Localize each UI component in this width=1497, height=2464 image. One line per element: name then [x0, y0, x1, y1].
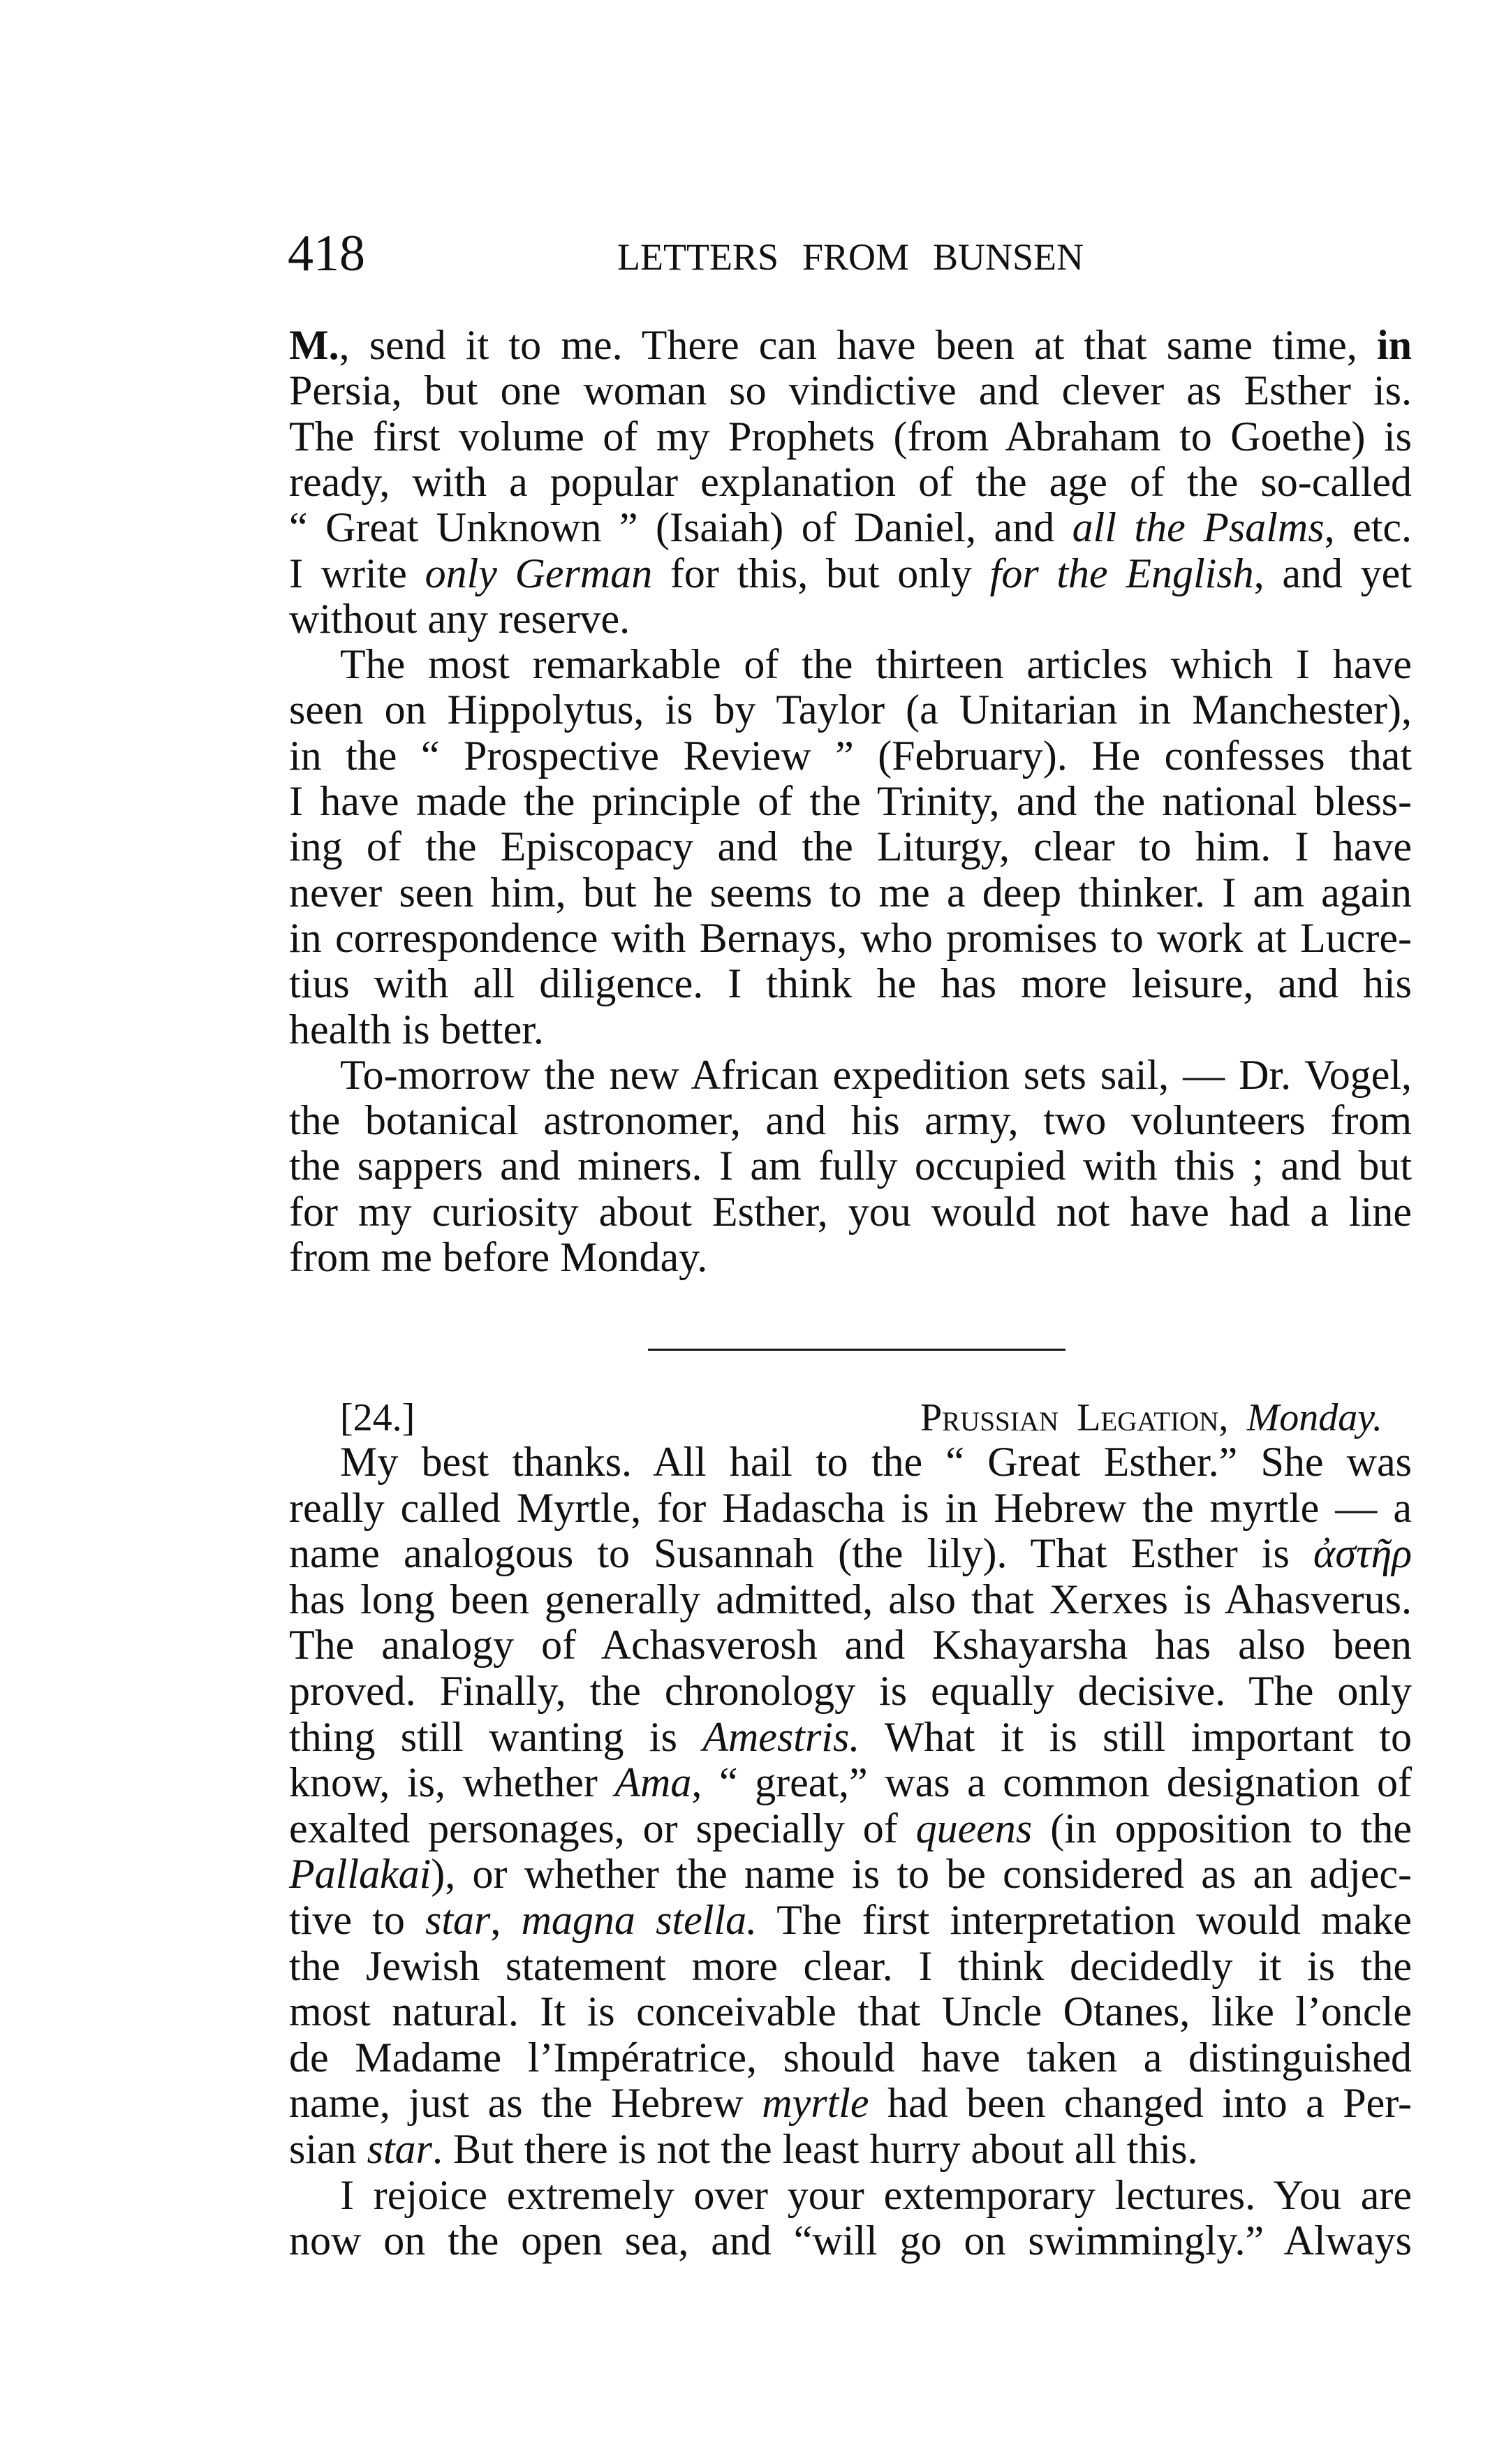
text-line: The analogy of Achasverosh and Kshayarsh…: [289, 1622, 1412, 1668]
text-line: health is better.: [289, 1006, 1412, 1053]
text-segment: . But there is not the least hurry about…: [432, 2126, 1197, 2172]
text-segment: now on the open sea, and “will go on swi…: [289, 2217, 1412, 2264]
text-segment: tive to: [289, 1897, 425, 1943]
italic-text: Amestris.: [702, 1714, 860, 1760]
text-segment: never seen him, but he seems to me a dee…: [289, 870, 1412, 916]
text-line: To-morrow the new African expedition set…: [340, 1052, 1412, 1098]
text-segment: from me before Monday.: [289, 1234, 707, 1280]
italic-text: queens: [916, 1805, 1033, 1851]
text-segment: , and yet: [1254, 550, 1412, 596]
text-line: de Madame l’Impératrice, should have tak…: [289, 2034, 1412, 2081]
text-segment: The analogy of Achasverosh and Kshayarsh…: [289, 1622, 1412, 1668]
italic-text: Pallakai: [289, 1851, 431, 1897]
text-line: “ Great Unknown ” (Isaiah) of Daniel, an…: [289, 504, 1412, 550]
book-page: 418 LETTERS FROM BUNSEN M., send it to m…: [0, 0, 1497, 2464]
italic-text: only German: [425, 550, 653, 596]
text-segment: exalted personages, or specially of: [289, 1805, 916, 1851]
text-segment: thing still wanting is: [289, 1714, 702, 1760]
text-segment: for my curiosity about Esther, you would…: [289, 1189, 1412, 1235]
italic-text: Ama: [614, 1759, 691, 1805]
text-segment: most natural. It is conceivable that Unc…: [289, 1988, 1412, 2034]
text-line: I have made the principle of the Trinity…: [289, 778, 1412, 824]
text-line: exalted personages, or specially of quee…: [289, 1805, 1412, 1851]
text-line: has long been generally admitted, also t…: [289, 1576, 1412, 1622]
text-segment: has long been generally admitted, also t…: [289, 1576, 1412, 1622]
text-segment: proved. Finally, the chronology is equal…: [289, 1668, 1412, 1714]
text-line: the Jewish statement more clear. I think…: [289, 1943, 1412, 1989]
text-segment: My best thanks. All hail to the “ Great …: [340, 1439, 1412, 1485]
text-segment: de Madame l’Impératrice, should have tak…: [289, 2034, 1412, 2081]
text-line: thing still wanting is Amestris. What it…: [289, 1714, 1412, 1760]
text-segment: The first volume of my Prophets (from Ab…: [289, 413, 1412, 460]
text-segment: seen on Hippolytus, is by Taylor (a Unit…: [289, 687, 1412, 733]
running-title: LETTERS FROM BUNSEN: [617, 237, 1084, 277]
text-segment: “ Great Unknown ” (Isaiah) of Daniel, an…: [289, 504, 1072, 550]
text-segment: I have made the principle of the Trinity…: [289, 778, 1412, 824]
text-line: know, is, whether Ama, “ great,” was a c…: [289, 1759, 1412, 1805]
italic-text: for the English: [990, 550, 1254, 596]
text-line: The most remarkable of the thirteen arti…: [340, 641, 1412, 687]
text-line: in correspondence with Bernays, who prom…: [289, 915, 1412, 961]
text-line: the sappers and miners. I am fully occup…: [289, 1143, 1412, 1189]
text-segment: sian: [289, 2126, 367, 2172]
text-line: ing of the Episcopacy and the Liturgy, c…: [289, 823, 1412, 870]
text-line: never seen him, but he seems to me a dee…: [289, 870, 1412, 916]
text-segment: The first interpretation would make: [757, 1897, 1412, 1943]
letter-day: Monday.: [1247, 1396, 1382, 1439]
text-segment: really called Myrtle, for Hadascha is in…: [289, 1485, 1412, 1531]
text-line: name analogous to Susannah (the lily). T…: [289, 1530, 1412, 1576]
text-segment: (in opposition to the: [1032, 1805, 1412, 1851]
text-segment: What it is still important to: [860, 1714, 1412, 1760]
italic-text: all the Psalms: [1072, 504, 1325, 550]
text-segment: the Jewish statement more clear. I think…: [289, 1943, 1412, 1989]
italic-text: magna stella.: [522, 1897, 758, 1943]
text-line: most natural. It is conceivable that Unc…: [289, 1988, 1412, 2034]
text-segment: , “ great,” was a common designation of: [691, 1759, 1412, 1805]
text-segment: I rejoice extremely over your extemporar…: [340, 2172, 1412, 2218]
text-line: now on the open sea, and “will go on swi…: [289, 2217, 1412, 2264]
text-line: in the “ Prospective Review ” (February)…: [289, 733, 1412, 779]
text-segment: had been changed into a Per-: [869, 2080, 1412, 2126]
text-line: seen on Hippolytus, is by Taylor (a Unit…: [289, 687, 1412, 733]
letter-dateline: Prussian Legation, Monday.: [920, 1397, 1382, 1439]
text-line: without any reserve.: [289, 596, 1412, 642]
text-line: I write only German for this, but only f…: [289, 550, 1412, 596]
text-segment: for this, but only: [652, 550, 989, 596]
text-line: name, just as the Hebrew myrtle had been…: [289, 2080, 1412, 2126]
page-number: 418: [288, 226, 365, 281]
text-line: Pallakai), or whether the name is to be …: [289, 1851, 1412, 1897]
text-line: Persia, but one woman so vindictive and …: [289, 367, 1412, 413]
text-segment: the botanical astronomer, and his army, …: [289, 1097, 1412, 1143]
text-segment: Persia, but one woman so vindictive and …: [289, 367, 1412, 413]
text-segment: in correspondence with Bernays, who prom…: [289, 915, 1412, 961]
text-segment: To-morrow the new African expedition set…: [340, 1052, 1412, 1098]
text-line: I rejoice extremely over your extemporar…: [340, 2172, 1412, 2218]
text-segment: in the “ Prospective Review ” (February)…: [289, 733, 1412, 779]
text-segment: ), or whether the name is to be consider…: [431, 1851, 1412, 1897]
italic-text: star: [425, 1897, 490, 1943]
italic-text: ἀστῆρ: [1313, 1530, 1412, 1576]
text-line: for my curiosity about Esther, you would…: [289, 1189, 1412, 1235]
text-segment: without any reserve.: [289, 596, 630, 642]
text-segment: The most remarkable of the thirteen arti…: [340, 641, 1412, 687]
italic-text: star: [367, 2126, 432, 2172]
text-segment: I write: [289, 550, 425, 596]
text-line: proved. Finally, the chronology is equal…: [289, 1668, 1412, 1714]
text-line: from me before Monday.: [289, 1234, 1412, 1280]
text-segment: health is better.: [289, 1006, 544, 1053]
letter-place: Prussian Legation,: [920, 1396, 1228, 1439]
text-segment: , etc.: [1325, 504, 1412, 550]
bold-text: M.: [289, 322, 339, 368]
text-segment: know, is, whether: [289, 1759, 614, 1805]
text-segment: ready, with a popular explanation of the…: [289, 459, 1412, 505]
text-line: tive to star, magna stella. The first in…: [289, 1897, 1412, 1943]
text-segment: , send it to me. There can have been at …: [339, 322, 1377, 368]
text-segment: ,: [490, 1897, 521, 1943]
text-line: sian star. But there is not the least hu…: [289, 2126, 1412, 2172]
text-line: really called Myrtle, for Hadascha is in…: [289, 1485, 1412, 1531]
text-segment: tius with all diligence. I think he has …: [289, 960, 1412, 1006]
text-segment: name analogous to Susannah (the lily). T…: [289, 1530, 1313, 1576]
text-segment: the sappers and miners. I am fully occup…: [289, 1143, 1412, 1189]
text-segment: ing of the Episcopacy and the Liturgy, c…: [289, 823, 1412, 870]
text-line: M., send it to me. There can have been a…: [289, 322, 1412, 368]
text-line: The first volume of my Prophets (from Ab…: [289, 413, 1412, 460]
text-line: ready, with a popular explanation of the…: [289, 459, 1412, 505]
letter-number: [24.]: [340, 1397, 415, 1439]
text-line: My best thanks. All hail to the “ Great …: [340, 1439, 1412, 1485]
text-segment: name, just as the Hebrew: [289, 2080, 762, 2126]
italic-text: myrtle: [762, 2080, 869, 2126]
bold-text: in: [1377, 322, 1412, 368]
text-line: the botanical astronomer, and his army, …: [289, 1097, 1412, 1143]
text-line: tius with all diligence. I think he has …: [289, 960, 1412, 1006]
section-divider-rule: [648, 1349, 1065, 1351]
